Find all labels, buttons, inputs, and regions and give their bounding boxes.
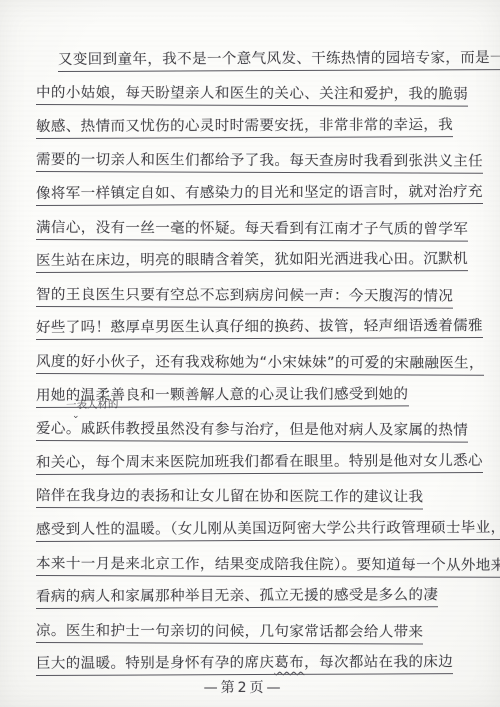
handwritten-line: 凉。医生和护士一句亲切的问候，几句家常话都会给人带来 [36, 611, 472, 645]
line-text: 爱心。戚跃伟教授虽然没有参与治疗，但是他对病人及家属的热情 [36, 417, 468, 443]
line-text: 巨大的温暖。特别是身怀有孕的席庆葛布，每次都站在我的床边 [36, 650, 453, 676]
last-line-pre: 巨大的温暖。特别是身怀有孕的席庆 [36, 655, 274, 672]
line-text: 敏感、热情而又忧伤的心灵时时需要安抚，非常非常的幸运，我 [36, 113, 453, 139]
line-text: 凉。医生和护士一句亲切的问候，几句家常话都会给人带来 [36, 619, 423, 644]
line-text: 像将军一样镇定自如、有感染力的目光和坚定的语言时，就对治疗充 [36, 180, 483, 206]
last-line-post: ，每次都站在我的床边 [304, 654, 453, 671]
line-text: 感受到人性的温暖。（女儿刚从美国迈阿密大学公共行政管理硕士毕业， [36, 516, 500, 542]
handwritten-line: 中的小姑娘，每天盼望亲人和医生的关心、关注和爱护，我的脆弱 [36, 74, 472, 108]
line-text: 中的小姑娘，每天盼望亲人和医生的关心、关注和爱护，我的脆弱 [36, 81, 468, 107]
inserted-annotation: 一表人材的 [66, 396, 119, 412]
line-text: 满信心，没有一丝一毫的怀疑。每天看到有江南才子气质的曾学军 [36, 216, 468, 242]
line-text: 和关心，每个周末来医院加班我们都看在眼里。特别是他对女儿悉心 [36, 449, 483, 475]
handwritten-line: 看病的病人和家属那种举目无亲、孤立无援的感受是多么的凄 [36, 578, 472, 612]
handwritten-line: 感受到人性的温暖。（女儿刚从美国迈阿密大学公共行政管理硕士毕业， [36, 510, 472, 544]
wavy-underlined-word: 葛布 [274, 655, 304, 671]
handwritten-line: 好些了吗！憨厚卓男医生认真仔细的换药、拔管，轻声细语透着儒雅 [36, 309, 472, 343]
handwritten-line-with-insertion: 一表人材的 ⌄ 爱心。戚跃伟教授虽然没有参与治疗，但是他对病人及家属的热情 [36, 410, 472, 444]
line-text: 风度的好小伙子，还有我戏称她为“小宋妹妹”的可爱的宋融融医生， [36, 350, 484, 376]
line-text: 看病的病人和家属那种举目无亲、孤立无援的感受是多么的凄 [36, 583, 438, 609]
handwritten-line: 又变回到童年，我不是一个意气风发、干练热情的园培专家，而是一个病 [36, 40, 472, 74]
letter-page: 又变回到童年，我不是一个意气风发、干练热情的园培专家，而是一个病 中的小姑娘，每… [0, 0, 500, 707]
handwritten-line: 和关心，每个周末来医院加班我们都看在眼里。特别是他对女儿悉心 [36, 443, 472, 477]
handwritten-line: 本来十一月是来北京工作，结果变成陪我住院）。要知道每一个从外地来 [36, 544, 472, 578]
handwritten-line: 像将军一样镇定自如、有感染力的目光和坚定的语言时，就对治疗充 [36, 174, 472, 208]
handwritten-line: 敏感、热情而又忧伤的心灵时时需要安抚，非常非常的幸运，我 [36, 107, 472, 141]
handwritten-line: 风度的好小伙子，还有我戏称她为“小宋妹妹”的可爱的宋融融医生， [36, 342, 472, 376]
line-text: 陪伴在我身边的表扬和让女儿留在协和医院工作的建议让我 [36, 484, 423, 509]
line-text: 需要的一切亲人和医生们都给予了我。每天查房时我看到张洪义主任 [36, 148, 483, 174]
line-text: 好些了吗！憨厚卓男医生认真仔细的换药、拔管，轻声细语透着儒雅 [36, 314, 483, 340]
line-text: 又变回到童年，我不是一个意气风发、干练热情的园培专家，而是一个病 [58, 46, 500, 72]
letter-body: 又变回到童年，我不是一个意气风发、干练热情的园培专家，而是一个病 中的小姑娘，每… [36, 40, 472, 678]
handwritten-line: 满信心，没有一丝一毫的怀疑。每天看到有江南才子气质的曾学军 [36, 208, 472, 242]
handwritten-line: 陪伴在我身边的表扬和让女儿留在协和医院工作的建议让我 [36, 477, 472, 511]
line-text: 本来十一月是来北京工作，结果变成陪我住院）。要知道每一个从外地来 [36, 552, 500, 578]
handwritten-line: 智的王良医生只要有空总不忘到病房问候一声：今天腹泻的情况 [36, 275, 472, 309]
line-text: 医生站在床边，明亮的眼睛含着笑，犹如阳光洒进我心田。沉默机 [36, 247, 468, 273]
page-number-footer: —第2页— [204, 677, 284, 697]
handwritten-line-last: 巨大的温暖。特别是身怀有孕的席庆葛布，每次都站在我的床边 [36, 645, 472, 679]
handwritten-line: 医生站在床边，明亮的眼睛含着笑，犹如阳光洒进我心田。沉默机 [36, 242, 472, 276]
line-text: 智的王良医生只要有空总不忘到病房问候一声：今天腹泻的情况 [36, 283, 453, 309]
handwritten-line: 需要的一切亲人和医生们都给予了我。每天查房时我看到张洪义主任 [36, 141, 472, 175]
